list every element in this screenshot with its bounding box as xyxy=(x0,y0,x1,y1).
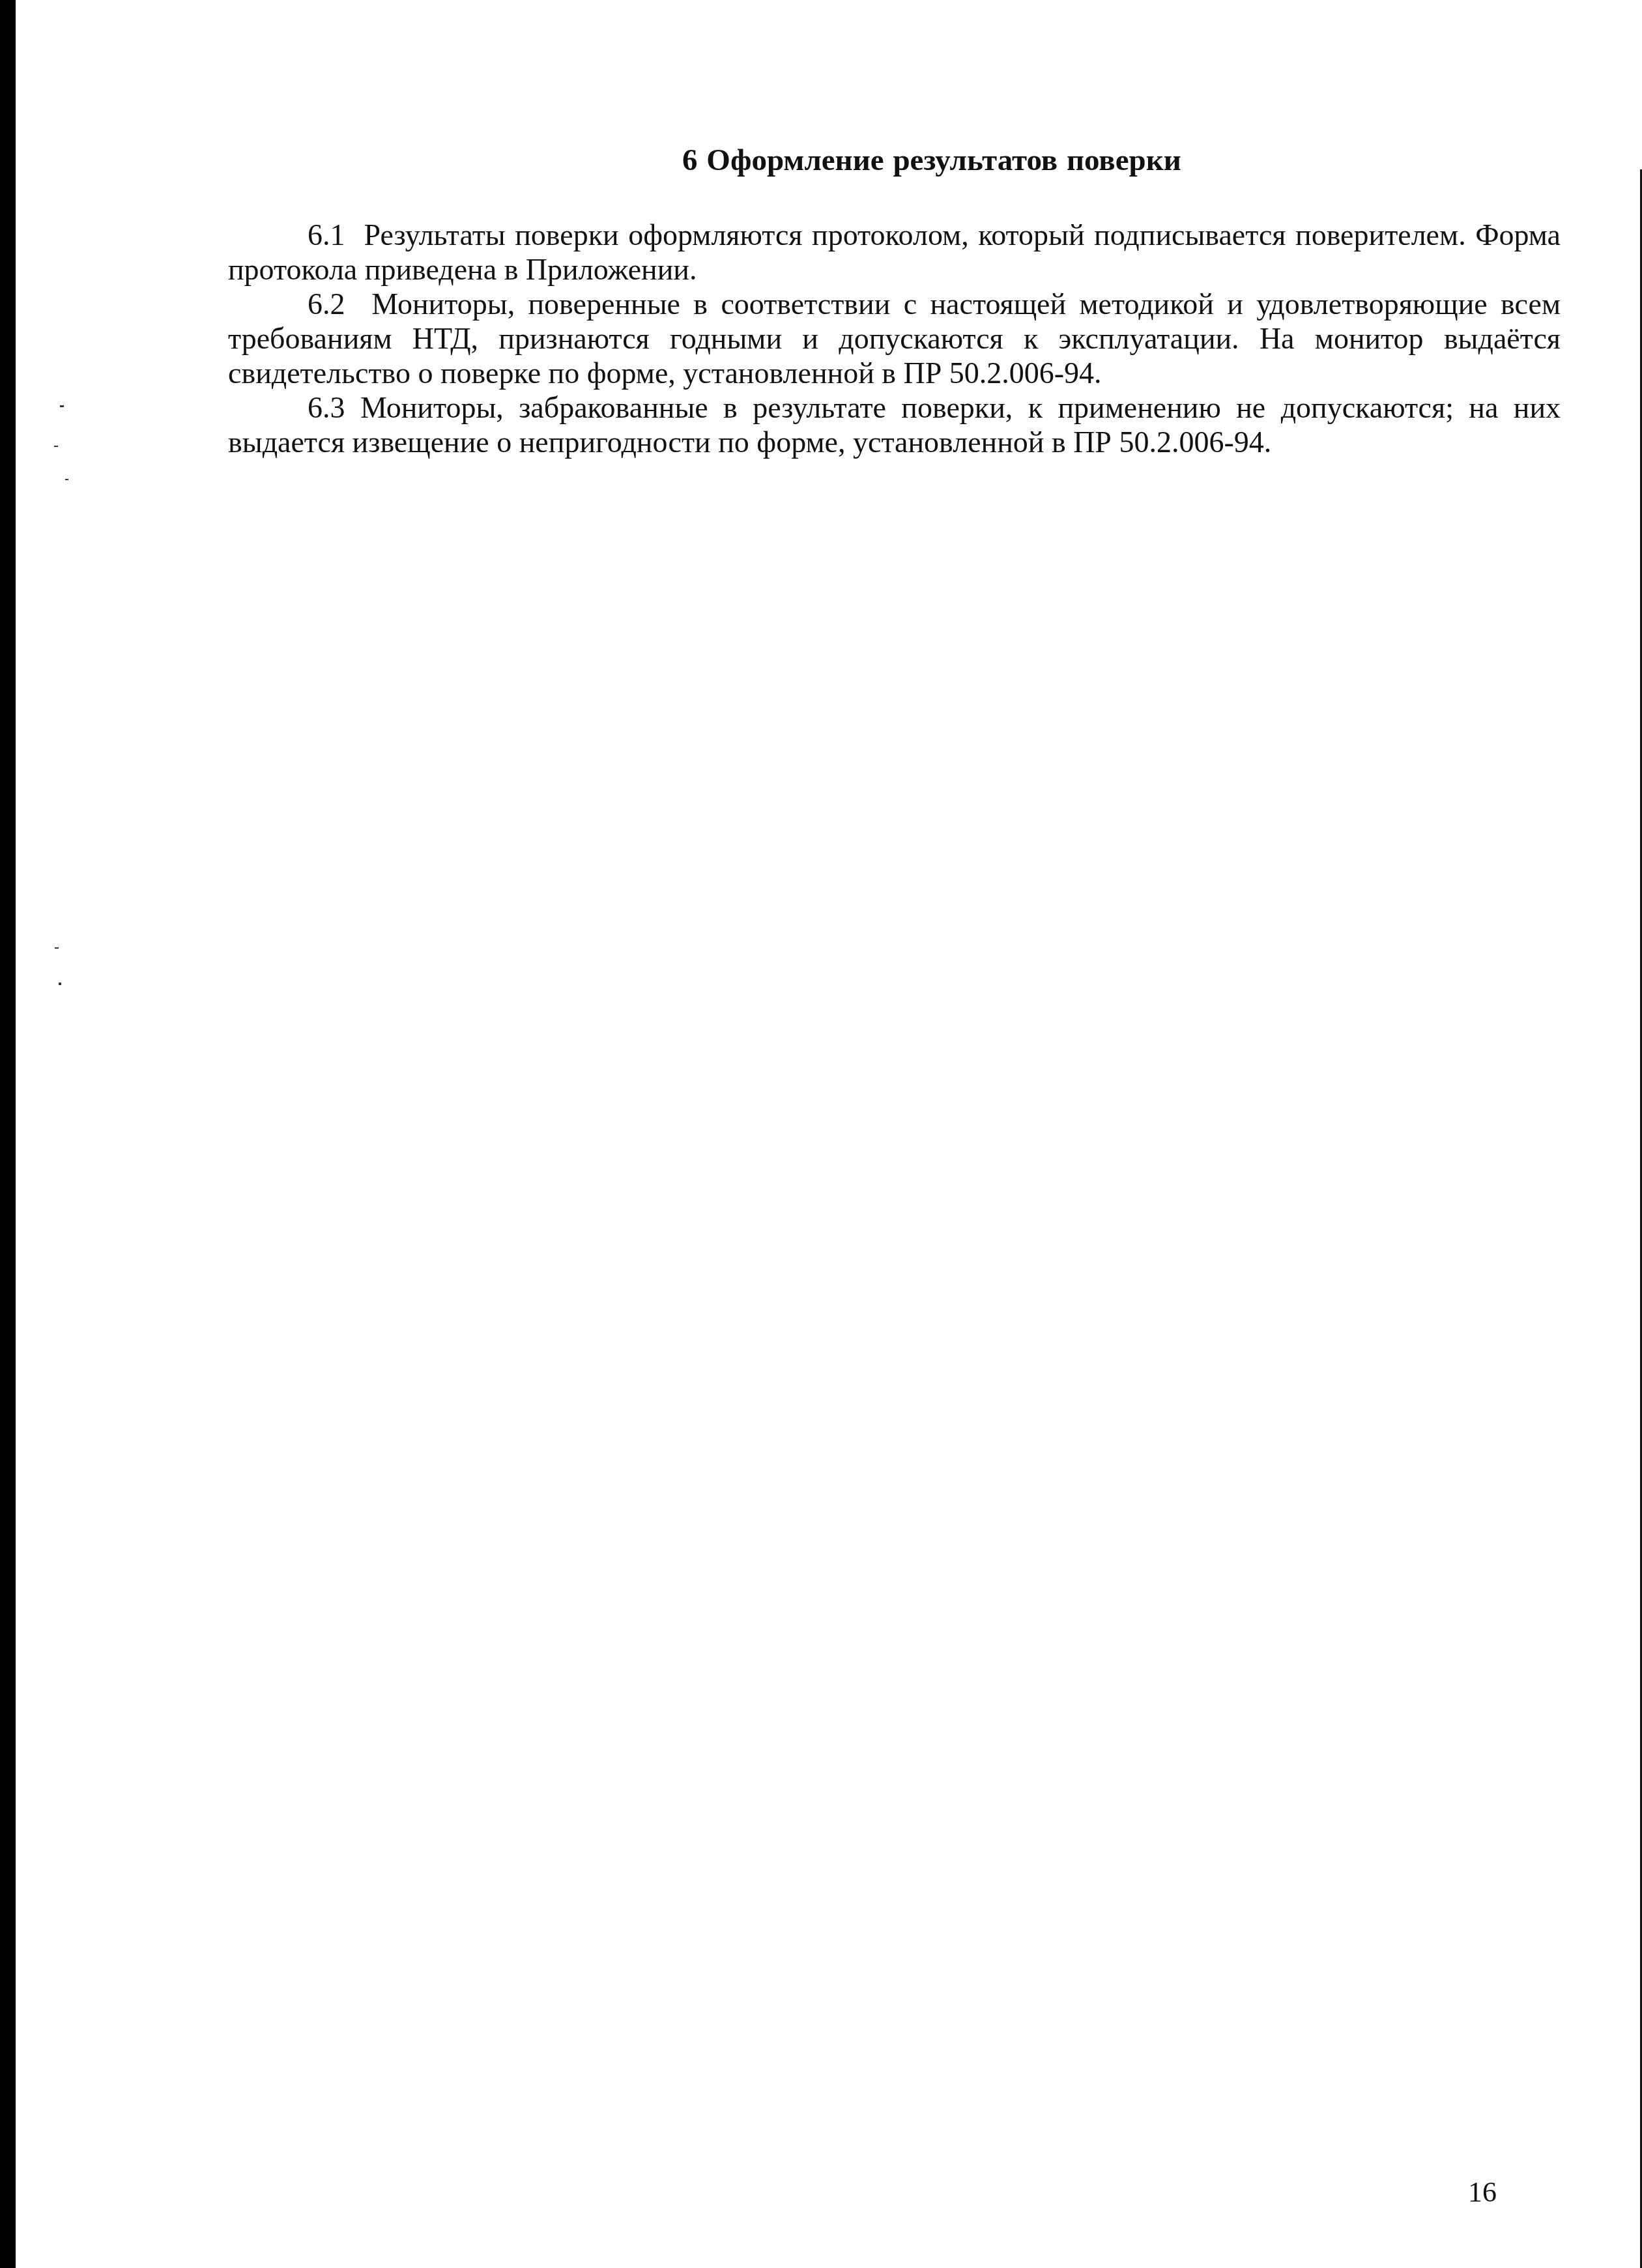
paragraph-number: 6.3 xyxy=(308,391,345,424)
section-heading: 6 Оформление результатов поверки xyxy=(0,142,1642,179)
scan-speck xyxy=(65,479,68,480)
paragraph-6-1: 6.1 Результаты поверки оформляются прото… xyxy=(228,218,1561,287)
scan-speck xyxy=(54,446,58,447)
section-body: 6.1 Результаты поверки оформляются прото… xyxy=(228,218,1561,459)
paragraph-number: 6.1 xyxy=(308,218,345,251)
page-number: 16 xyxy=(1468,2176,1497,2209)
paragraph-text: Мониторы, забракованные в результате пов… xyxy=(228,391,1561,459)
paragraph-text: Результаты поверки оформляются протоколо… xyxy=(228,218,1561,286)
paragraph-number: 6.2 xyxy=(308,287,345,321)
scan-speck xyxy=(55,947,59,949)
paragraph-6-3: 6.3 Мониторы, забракованные в результате… xyxy=(228,390,1561,459)
scan-speck xyxy=(60,405,64,407)
paragraph-text: Мониторы, поверенные в соответствии с на… xyxy=(228,287,1561,390)
document-page: 6 Оформление результатов поверки 6.1 Рез… xyxy=(0,0,1642,2268)
paragraph-6-2: 6.2 Мониторы, поверенные в соответствии … xyxy=(228,287,1561,390)
scan-speck xyxy=(59,983,61,985)
